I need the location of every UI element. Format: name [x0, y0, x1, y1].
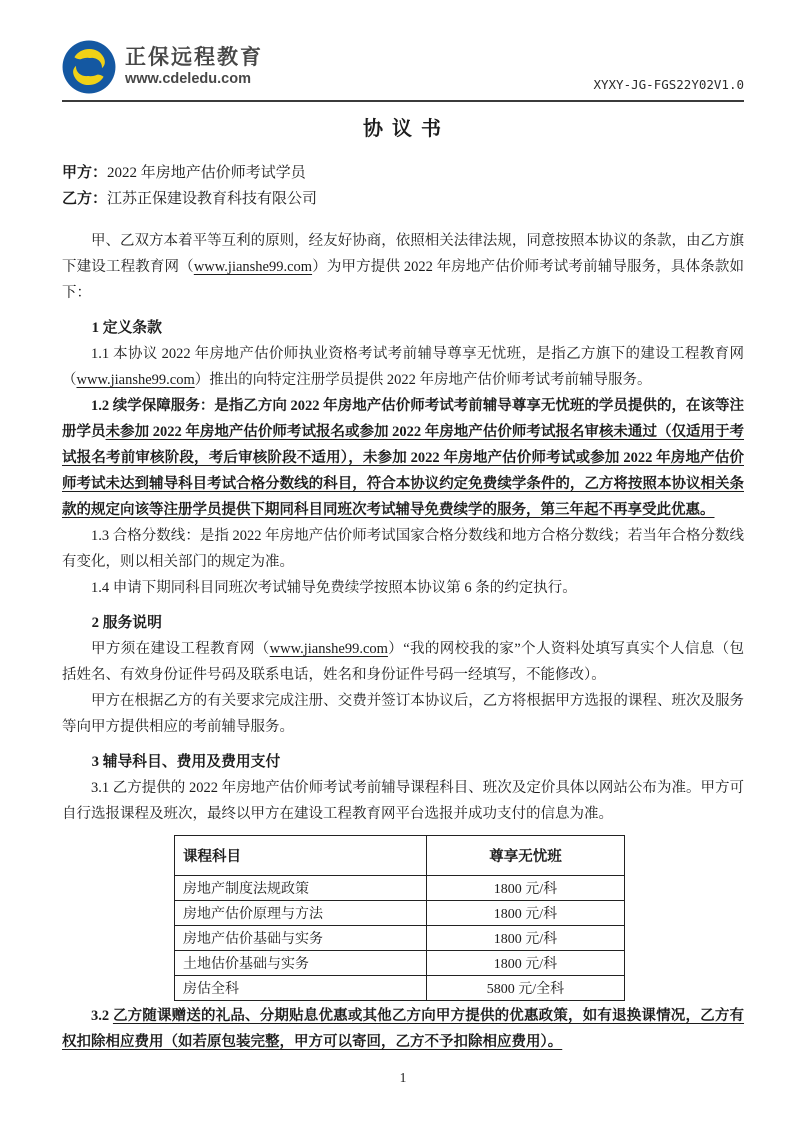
section2-heading: 2 服务说明 [62, 610, 744, 636]
subject-cell: 房地产估价原理与方法 [175, 901, 427, 926]
clause-1-3: 1.3 合格分数线：是指 2022 年房地产估价师考试国家合格分数线和地方合格分… [62, 523, 744, 575]
clause-1-2-underlined: 未参加 2022 年房地产估价师考试报名或参加 2022 年房地产估价师考试报名… [62, 424, 744, 518]
intro-paragraph: 甲、乙双方本着平等互利的原则，经友好协商，依照相关法律法规，同意按照本协议的条款… [62, 228, 744, 306]
page-title: 协 议 书 [62, 116, 744, 142]
party-b-value: 江苏正保建设教育科技有限公司 [107, 191, 317, 207]
section2-p1-text-1: 甲方须在建设工程教育网（ [91, 641, 270, 657]
subject-cell: 房估全科 [175, 976, 427, 1001]
party-b-label: 乙方： [62, 191, 107, 207]
parties-block: 甲方：2022 年房地产估价师考试学员 乙方：江苏正保建设教育科技有限公司 [62, 160, 744, 212]
page-number: 1 [62, 1069, 744, 1087]
section1-heading: 1 定义条款 [62, 315, 744, 341]
clause-3-2-number: 3.2 [91, 1008, 113, 1024]
price-cell: 1800 元/科 [427, 876, 625, 901]
brand-text: 正保远程教育 www.cdeledu.com [125, 45, 263, 89]
document-page: 正保远程教育 www.cdeledu.com XYXY-JG-FGS22Y02V… [0, 0, 800, 1132]
table-row: 房地产制度法规政策 1800 元/科 [175, 876, 625, 901]
clause-1-4: 1.4 申请下期同科目同班次考试辅导免费续学按照本协议第 6 条的约定执行。 [62, 575, 744, 601]
price-cell: 1800 元/科 [427, 926, 625, 951]
price-cell: 1800 元/科 [427, 901, 625, 926]
doc-code: XYXY-JG-FGS22Y02V1.0 [593, 77, 744, 92]
clause-1-1: 1.1 本协议 2022 年房地产估价师执业资格考试考前辅导尊享无忧班，是指乙方… [62, 341, 744, 393]
clause-1-2: 1.2 续学保障服务：是指乙方向 2022 年房地产估价师考试考前辅导尊享无忧班… [62, 393, 744, 523]
brand-logo-icon [62, 40, 116, 94]
table-row: 房估全科 5800 元/全科 [175, 976, 625, 1001]
price-cell: 1800 元/科 [427, 951, 625, 976]
brand-url: www.cdeledu.com [125, 71, 263, 88]
party-a-value: 2022 年房地产估价师考试学员 [107, 165, 306, 181]
section2-paragraph-1: 甲方须在建设工程教育网（www.jianshe99.com）“我的网校我的家”个… [62, 636, 744, 688]
price-cell: 5800 元/全科 [427, 976, 625, 1001]
subject-cell: 房地产估价基础与实务 [175, 926, 427, 951]
price-table: 课程科目 尊享无忧班 房地产制度法规政策 1800 元/科 房地产估价原理与方法… [174, 835, 625, 1001]
table-row: 土地估价基础与实务 1800 元/科 [175, 951, 625, 976]
section3-heading: 3 辅导科目、费用及费用支付 [62, 749, 744, 775]
page-header: 正保远程教育 www.cdeledu.com XYXY-JG-FGS22Y02V… [62, 40, 744, 102]
party-a-line: 甲方：2022 年房地产估价师考试学员 [62, 160, 744, 186]
clause-3-1: 3.1 乙方提供的 2022 年房地产估价师考试考前辅导课程科目、班次及定价具体… [62, 775, 744, 827]
brand-name: 正保远程教育 [125, 45, 263, 71]
table-header-row: 课程科目 尊享无忧班 [175, 836, 625, 876]
clause-1-1-text-2: ）推出的向特定注册学员提供 2022 年房地产估价师考试考前辅导服务。 [195, 372, 652, 388]
brand: 正保远程教育 www.cdeledu.com [62, 40, 263, 94]
clause-3-2: 3.2 乙方随课赠送的礼品、分期贴息优惠或其他乙方向甲方提供的优惠政策，如有退换… [62, 1003, 744, 1055]
jianshe99-link[interactable]: www.jianshe99.com [270, 641, 388, 657]
jianshe99-link[interactable]: www.jianshe99.com [77, 372, 195, 388]
clause-3-2-underlined: 乙方随课赠送的礼品、分期贴息优惠或其他乙方向甲方提供的优惠政策，如有退换课情况，… [62, 1008, 744, 1050]
table-header-class: 尊享无忧班 [427, 836, 625, 876]
table-header-subject: 课程科目 [175, 836, 427, 876]
table-row: 房地产估价原理与方法 1800 元/科 [175, 901, 625, 926]
section2-paragraph-2: 甲方在根据乙方的有关要求完成注册、交费并签订本协议后，乙方将根据甲方选报的课程、… [62, 688, 744, 740]
party-b-line: 乙方：江苏正保建设教育科技有限公司 [62, 186, 744, 212]
subject-cell: 房地产制度法规政策 [175, 876, 427, 901]
jianshe99-link[interactable]: www.jianshe99.com [194, 259, 312, 275]
subject-cell: 土地估价基础与实务 [175, 951, 427, 976]
party-a-label: 甲方： [62, 165, 107, 181]
table-row: 房地产估价基础与实务 1800 元/科 [175, 926, 625, 951]
